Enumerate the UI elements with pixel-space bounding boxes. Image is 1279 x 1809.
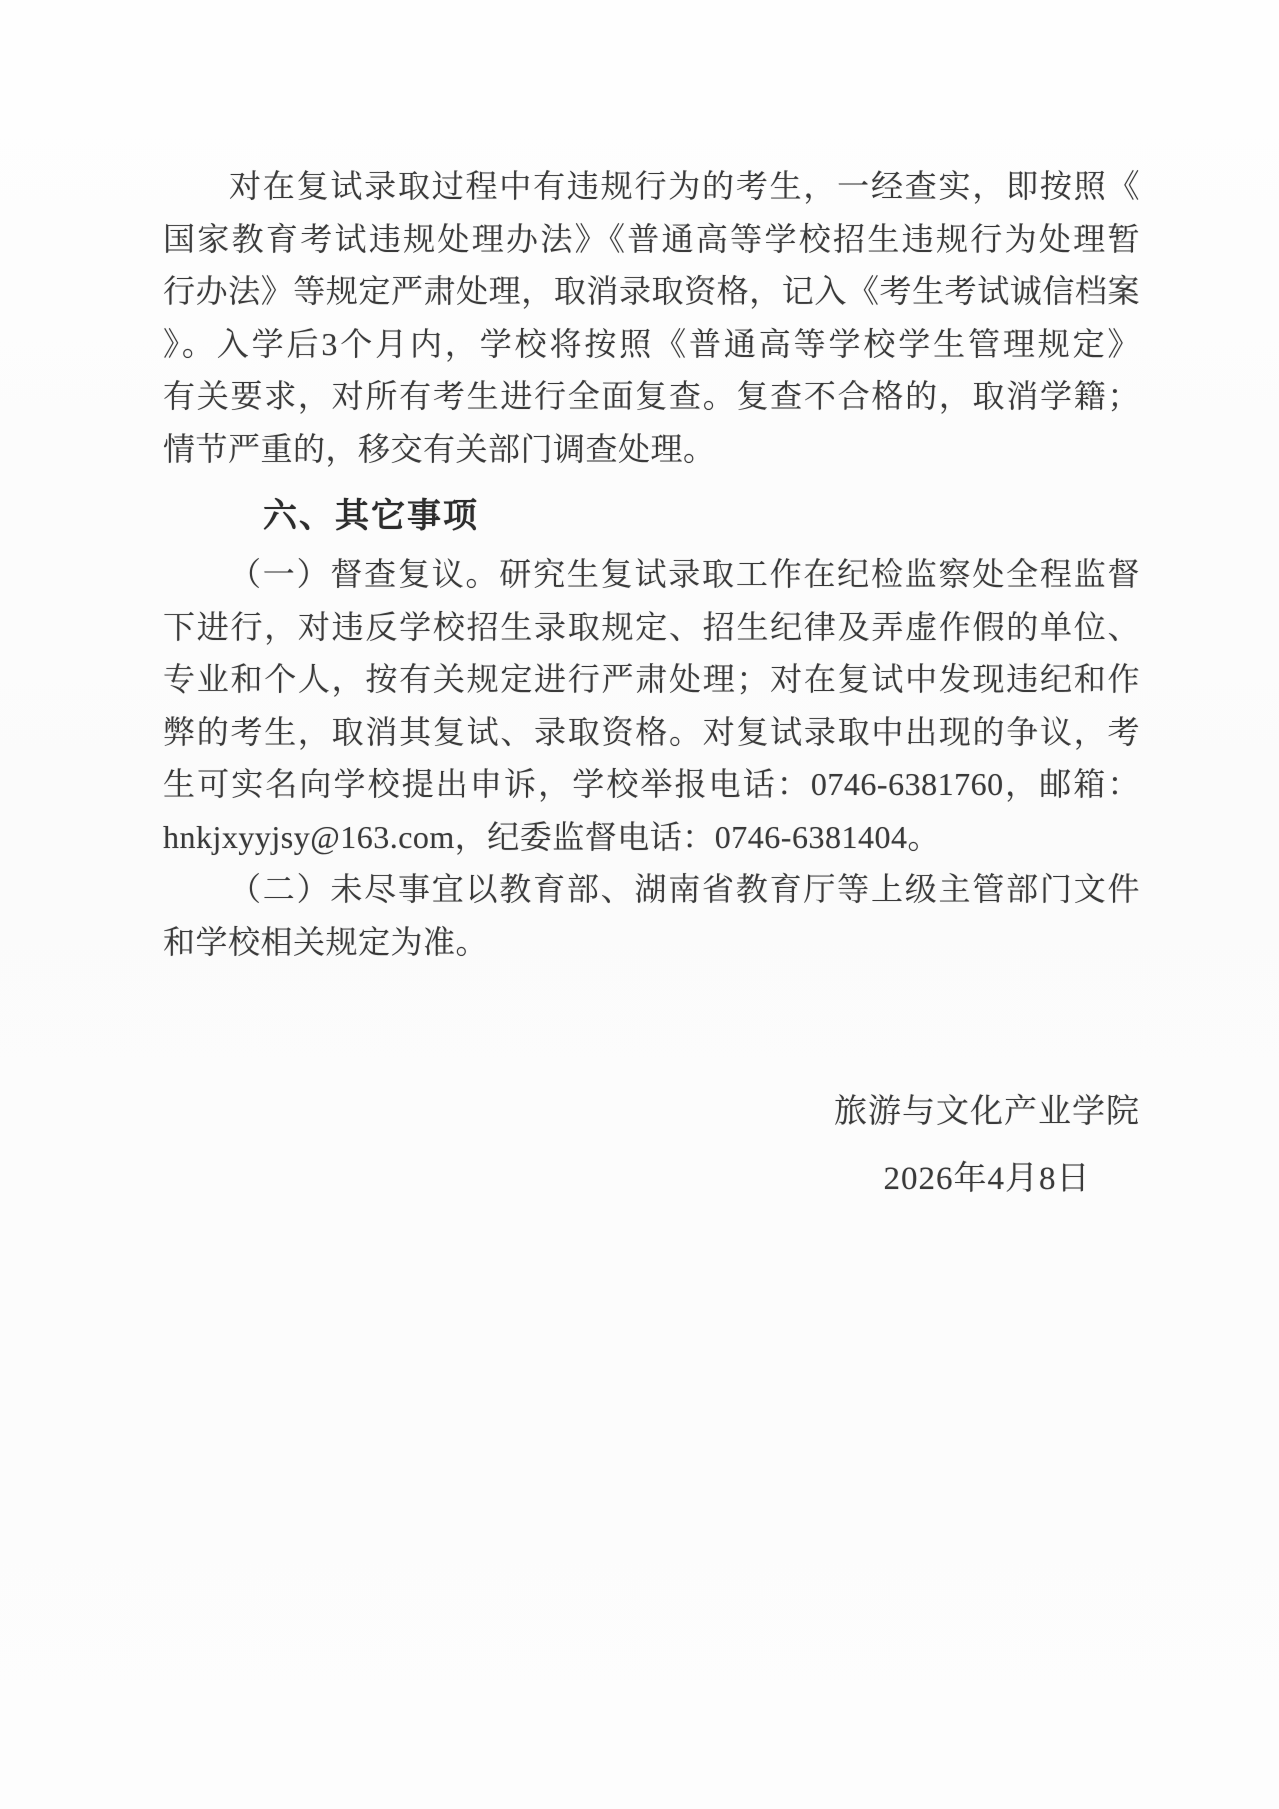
paragraph-2-line: 下进行，对违反学校招生录取规定、招生纪律及弄虚作假的单位、 [163, 601, 1140, 654]
paragraph-1: 对在复试录取过程中有违规行为的考生，一经查实，即按照《 国家教育考试违规处理办法… [163, 160, 1140, 475]
paragraph-1-line: 行办法》等规定严肃处理，取消录取资格，记入《考生考试诚信档案 [163, 265, 1140, 318]
paragraph-1-line: 情节严重的，移交有关部门调查处理。 [163, 423, 1140, 476]
paragraph-1-line: 国家教育考试违规处理办法》《普通高等学校招生违规行为处理暂 [163, 213, 1140, 266]
paragraph-1-line: 对在复试录取过程中有违规行为的考生，一经查实，即按照《 [163, 160, 1140, 213]
paragraph-3-line: （二）未尽事宜以教育部、湖南省教育厅等上级主管部门文件 [163, 863, 1140, 916]
paragraph-1-line: 有关要求，对所有考生进行全面复查。复查不合格的，取消学籍； [163, 370, 1140, 423]
signature-block: 旅游与文化产业学院 2026年4月8日 [834, 1079, 1140, 1213]
section-heading: 六、其它事项 [163, 490, 1140, 543]
document-body: 对在复试录取过程中有违规行为的考生，一经查实，即按照《 国家教育考试违规处理办法… [163, 160, 1140, 1213]
paragraph-2-line: 生可实名向学校提出申诉，学校举报电话：0746-6381760，邮箱： [163, 758, 1140, 811]
paragraph-3: （二）未尽事宜以教育部、湖南省教育厅等上级主管部门文件 和学校相关规定为准。 [163, 863, 1140, 968]
paragraph-2-line: 专业和个人，按有关规定进行严肃处理；对在复试中发现违纪和作 [163, 653, 1140, 706]
signature-date: 2026年4月8日 [884, 1146, 1091, 1213]
document-page: { "page": { "paper_color": "#fdfdfd", "t… [0, 0, 1279, 1809]
paragraph-3-line: 和学校相关规定为准。 [163, 916, 1140, 969]
paragraph-2-line: hnkjxyyjsy@163.com，纪委监督电话：0746-6381404。 [163, 811, 1140, 864]
paragraph-2-line: （一）督查复议。研究生复试录取工作在纪检监察处全程监督 [163, 548, 1140, 601]
paragraph-2: （一）督查复议。研究生复试录取工作在纪检监察处全程监督 下进行，对违反学校招生录… [163, 548, 1140, 863]
signature-organization: 旅游与文化产业学院 [834, 1079, 1140, 1146]
paragraph-1-line: 》。入学后3个月内，学校将按照《普通高等学校学生管理规定》 [163, 318, 1140, 371]
paragraph-2-line: 弊的考生，取消其复试、录取资格。对复试录取中出现的争议，考 [163, 706, 1140, 759]
